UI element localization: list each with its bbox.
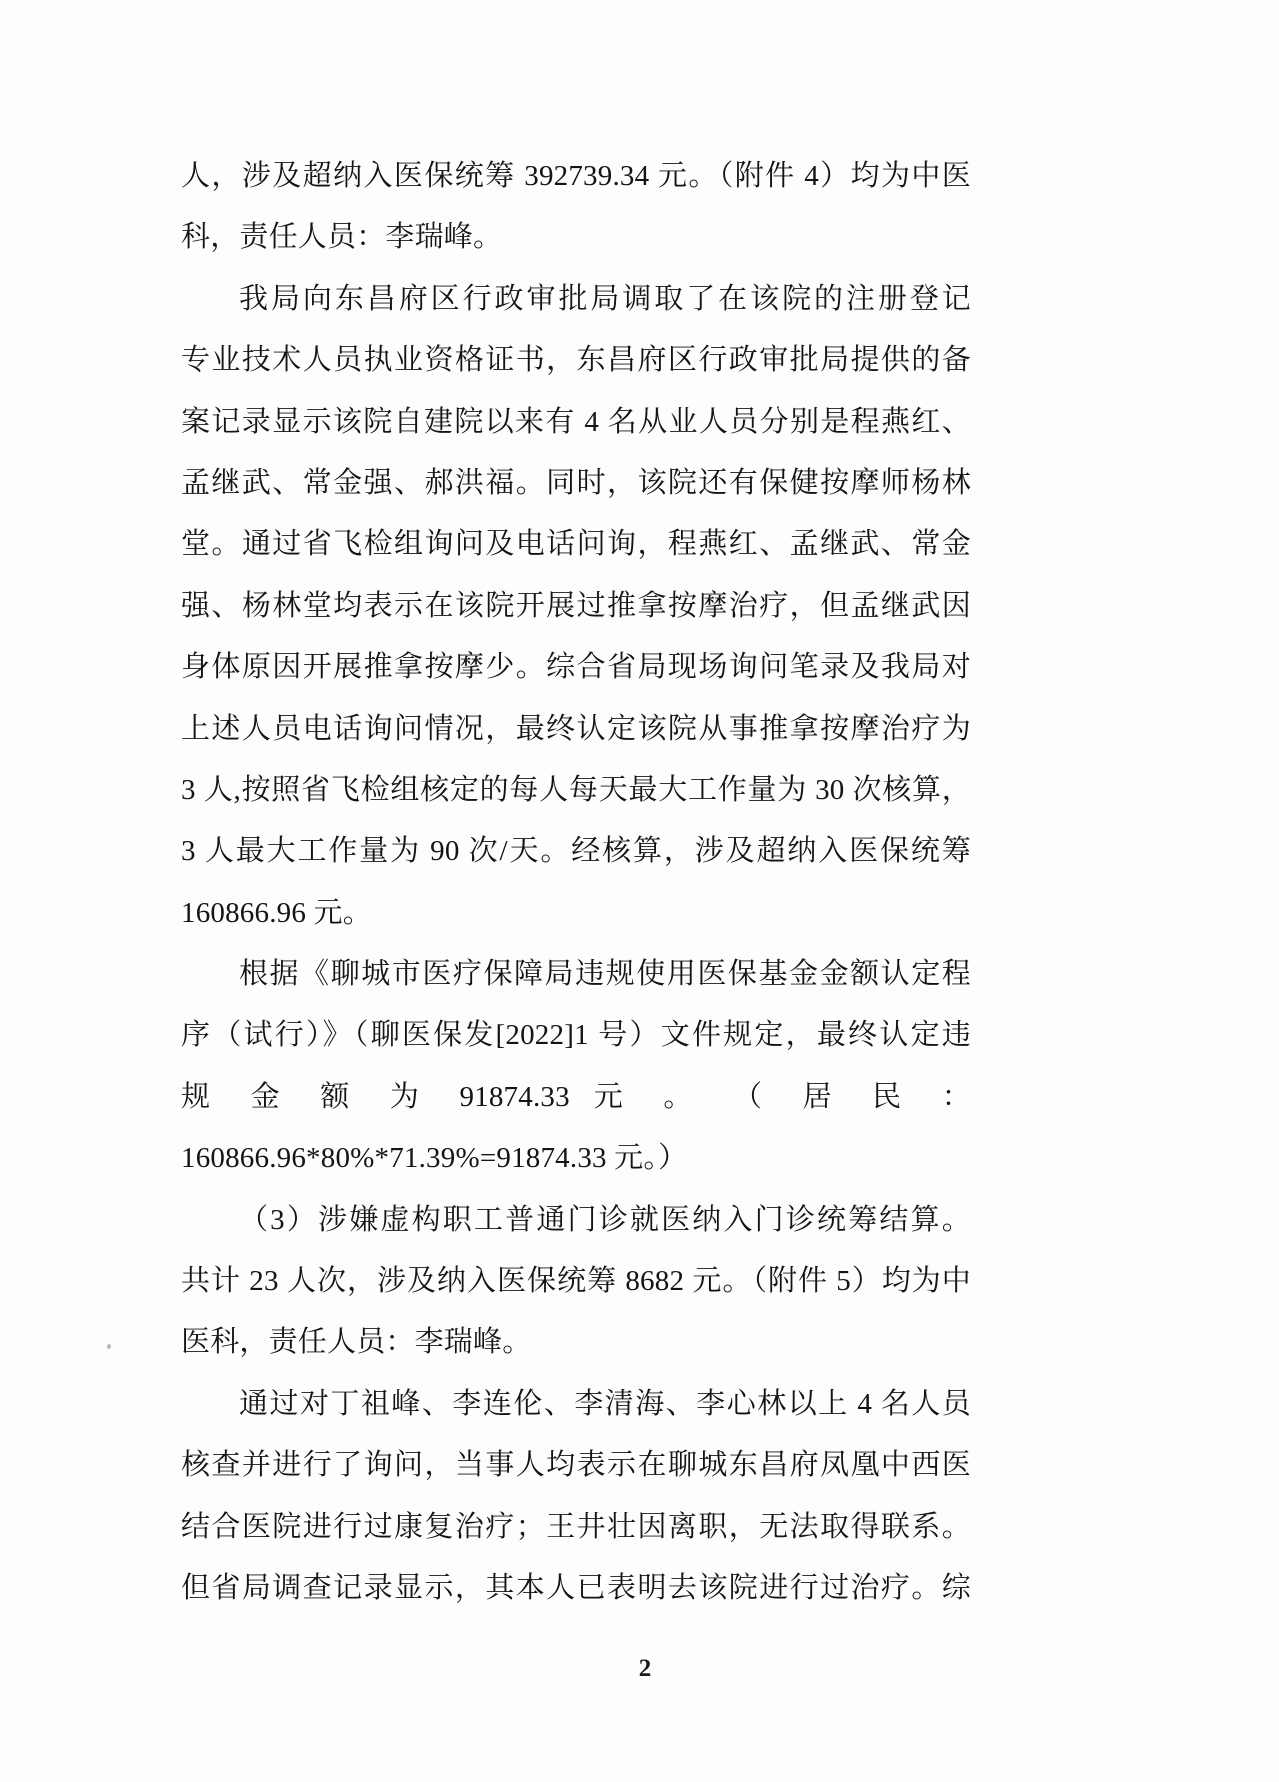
- text-line: 规 金 额 为 91874.33 元 。 （ 居 民 ：: [181, 1067, 971, 1128]
- text-line: （3）涉嫌虚构职工普通门诊就医纳入门诊统筹结算。: [181, 1190, 971, 1251]
- text-line: 160866.96 元。: [181, 883, 971, 944]
- scan-speck: [107, 1344, 111, 1349]
- document-page: 人，涉及超纳入医保统筹 392739.34 元。（附件 4）均为中医 科，责任人…: [0, 0, 1279, 1782]
- text-line: 结合医院进行过康复治疗；王井壮因离职，无法取得联系。: [181, 1497, 971, 1558]
- text-line: 通过对丁祖峰、李连伦、李清海、李心林以上 4 名人员: [181, 1374, 971, 1435]
- page-footer: 2: [0, 1655, 1279, 1683]
- text-line: 案记录显示该院自建院以来有 4 名从业人员分别是程燕红、: [181, 392, 971, 453]
- text-line: 3 人最大工作量为 90 次/天。经核算，涉及超纳入医保统筹: [181, 821, 971, 882]
- text-line: 孟继武、常金强、郝洪福。同时，该院还有保健按摩师杨林: [181, 453, 971, 514]
- text-line: 堂。通过省飞检组询问及电话问询，程燕红、孟继武、常金: [181, 514, 971, 575]
- text-line: 上述人员电话询问情况，最终认定该院从事推拿按摩治疗为: [181, 699, 971, 760]
- text-line: 强、杨林堂均表示在该院开展过推拿按摩治疗，但孟继武因: [181, 576, 971, 637]
- text-line: 核查并进行了询问，当事人均表示在聊城东昌府凤凰中西医: [181, 1435, 971, 1496]
- text-line: 专业技术人员执业资格证书，东昌府区行政审批局提供的备: [181, 330, 971, 391]
- text-line: 3 人,按照省飞检组核定的每人每天最大工作量为 30 次核算，: [181, 760, 971, 821]
- text-line: 医科，责任人员：李瑞峰。: [181, 1312, 971, 1373]
- text-line: 根据《聊城市医疗保障局违规使用医保基金金额认定程: [181, 944, 971, 1005]
- text-line: 身体原因开展推拿按摩少。综合省局现场询问笔录及我局对: [181, 637, 971, 698]
- text-line: 人，涉及超纳入医保统筹 392739.34 元。（附件 4）均为中医: [181, 146, 971, 207]
- document-body: 人，涉及超纳入医保统筹 392739.34 元。（附件 4）均为中医 科，责任人…: [181, 146, 971, 1619]
- text-line: 科，责任人员：李瑞峰。: [181, 207, 971, 268]
- page-number: 2: [639, 1655, 652, 1682]
- text-line: 共计 23 人次，涉及纳入医保统筹 8682 元。（附件 5）均为中: [181, 1251, 971, 1312]
- text-line: 但省局调查记录显示，其本人已表明去该院进行过治疗。综: [181, 1558, 971, 1619]
- text-line: 我局向东昌府区行政审批局调取了在该院的注册登记: [181, 269, 971, 330]
- text-line: 序（试行）》（聊医保发[2022]1 号）文件规定，最终认定违: [181, 1005, 971, 1066]
- text-line: 160866.96*80%*71.39%=91874.33 元。）: [181, 1128, 971, 1189]
